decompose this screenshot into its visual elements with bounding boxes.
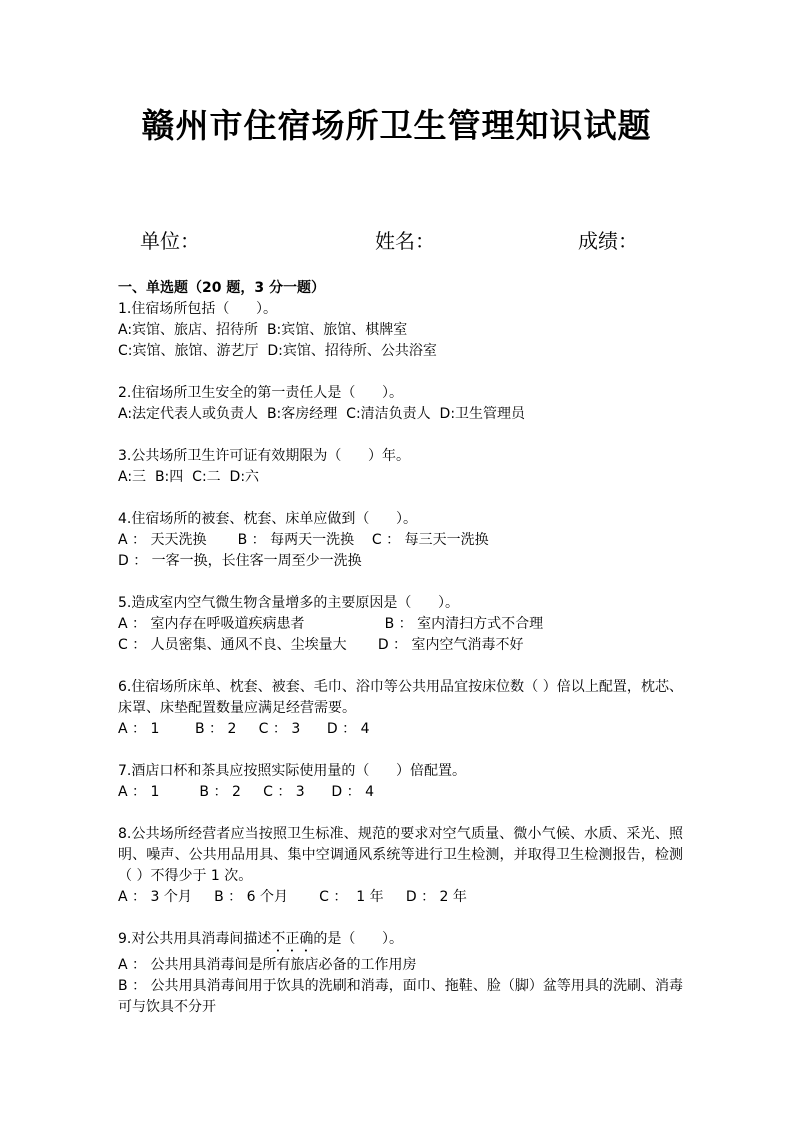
question-9: 9.对公共用具消毒间描述不正确的是（ ）。 A ： 公共用具消毒间是所有旅店必备…	[118, 929, 683, 1018]
question-options: B ： 公共用具消毒间用于饮具的洗刷和消毒，面巾、拖鞋、脸（脚）盆等用具的洗刷、…	[118, 976, 683, 1018]
stem-emphasis: 不正确	[271, 931, 313, 947]
question-4: 4.住宿场所的被套、枕套、床单应做到（ ）。 A ： 天天洗换 B ： 每两天一…	[118, 509, 683, 572]
question-1: 1.住宿场所包括（ ）。 A:宾馆、旅店、招待所 B:宾馆、旅馆、棋牌室 C:宾…	[118, 299, 683, 362]
unit-label: 单位：	[140, 225, 200, 254]
question-8: 8.公共场所经营者应当按照卫生标准、规范的要求对空气质量、微小气候、水质、采光、…	[118, 824, 683, 908]
question-stem: 5.造成室内空气微生物含量增多的主要原因是（ ）。	[118, 593, 683, 614]
name-label: 姓名：	[375, 225, 435, 254]
question-options: A ： 1 B ： 2 C ： 3 D ： 4	[118, 719, 683, 740]
exam-page: 赣州市住宿场所卫生管理知识试题 单位： 姓名： 成绩： 一、单选题（20 题，3…	[0, 0, 793, 1122]
exam-content: 一、单选题（20 题，3 分一题） 1.住宿场所包括（ ）。 A:宾馆、旅店、招…	[118, 278, 683, 1039]
question-options: C:宾馆、旅馆、游艺厅 D:宾馆、招待所、公共浴室	[118, 341, 683, 362]
question-options: A:法定代表人或负责人 B:客房经理 C:清洁负责人 D:卫生管理员	[118, 404, 683, 425]
question-options: A ： 室内存在呼吸道疾病患者 B ： 室内清扫方式不合理	[118, 614, 683, 635]
info-row: 单位： 姓名： 成绩：	[0, 225, 793, 255]
stem-prefix: 9.对公共用具消毒间描述	[118, 931, 271, 947]
section-heading: 一、单选题（20 题，3 分一题）	[118, 278, 683, 299]
question-options: C ： 人员密集、通风不良、尘埃量大 D ： 室内空气消毒不好	[118, 635, 683, 656]
question-stem: 4.住宿场所的被套、枕套、床单应做到（ ）。	[118, 509, 683, 530]
question-6: 6.住宿场所床单、枕套、被套、毛巾、浴巾等公共用品宜按床位数（ ）倍以上配置，枕…	[118, 677, 683, 740]
question-stem: 3.公共场所卫生许可证有效期限为（ ）年。	[118, 446, 683, 467]
question-stem: 1.住宿场所包括（ ）。	[118, 299, 683, 320]
score-label: 成绩：	[578, 225, 638, 254]
question-2: 2.住宿场所卫生安全的第一责任人是（ ）。 A:法定代表人或负责人 B:客房经理…	[118, 383, 683, 425]
question-options: A ： 3 个月 B ： 6 个月 C ： 1 年 D ： 2 年	[118, 887, 683, 908]
question-options: A:宾馆、旅店、招待所 B:宾馆、旅馆、棋牌室	[118, 320, 683, 341]
question-options: D ： 一客一换，长住客一周至少一洗换	[118, 551, 683, 572]
question-5: 5.造成室内空气微生物含量增多的主要原因是（ ）。 A ： 室内存在呼吸道疾病患…	[118, 593, 683, 656]
exam-title: 赣州市住宿场所卫生管理知识试题	[0, 100, 793, 147]
question-options: A ： 1 B ： 2 C ： 3 D ： 4	[118, 782, 683, 803]
question-3: 3.公共场所卫生许可证有效期限为（ ）年。 A:三 B:四 C:二 D:六	[118, 446, 683, 488]
question-options: A ： 天天洗换 B ： 每两天一洗换 C ： 每三天一洗换	[118, 530, 683, 551]
question-stem: 8.公共场所经营者应当按照卫生标准、规范的要求对空气质量、微小气候、水质、采光、…	[118, 824, 683, 887]
question-stem: 2.住宿场所卫生安全的第一责任人是（ ）。	[118, 383, 683, 404]
question-7: 7.酒店口杯和茶具应按照实际使用量的（ ）倍配置。 A ： 1 B ： 2 C …	[118, 761, 683, 803]
stem-suffix: 的是（ ）。	[313, 931, 403, 947]
question-stem: 6.住宿场所床单、枕套、被套、毛巾、浴巾等公共用品宜按床位数（ ）倍以上配置，枕…	[118, 677, 683, 719]
question-options: A:三 B:四 C:二 D:六	[118, 467, 683, 488]
question-stem: 7.酒店口杯和茶具应按照实际使用量的（ ）倍配置。	[118, 761, 683, 782]
question-options: A ： 公共用具消毒间是所有旅店必备的工作用房	[118, 955, 683, 976]
question-stem: 9.对公共用具消毒间描述不正确的是（ ）。	[118, 929, 683, 955]
